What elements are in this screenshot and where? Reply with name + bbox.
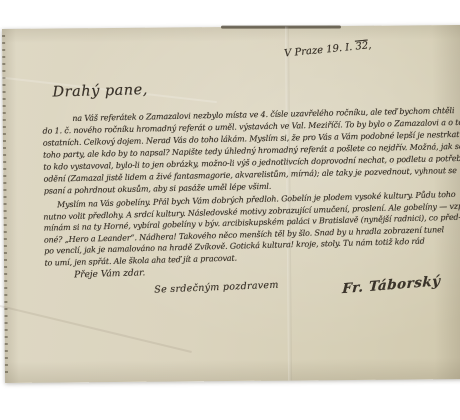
letter-paper-sheet: V Praze 19. I. 32, Drahý pane, na Váš re…: [2, 25, 460, 383]
signature: Fr. Táborský: [342, 273, 441, 297]
paragraph-2: Myslím na Vás gobelíny. Přál bych Vám do…: [43, 188, 460, 268]
top-fold-edge: [221, 25, 341, 28]
date-line: V Praze 19. I. 32,: [284, 40, 372, 59]
date-suffix: ,: [368, 40, 372, 51]
paper-crease: [0, 300, 192, 353]
torn-notebook-edge: [2, 35, 8, 377]
salutation: Drahý pane,: [52, 82, 148, 100]
photo-of-handwritten-letter: V Praze 19. I. 32, Drahý pane, na Váš re…: [0, 0, 460, 420]
closing-greeting: Se srdečným pozdravem: [154, 280, 279, 296]
paragraph-1: na Váš referátek o Zamazalovi nezbylo mí…: [42, 104, 460, 198]
date-prefix: V Praze 19. I.: [284, 42, 356, 60]
closing-wish: Přeje Vám zdar.: [74, 268, 145, 280]
